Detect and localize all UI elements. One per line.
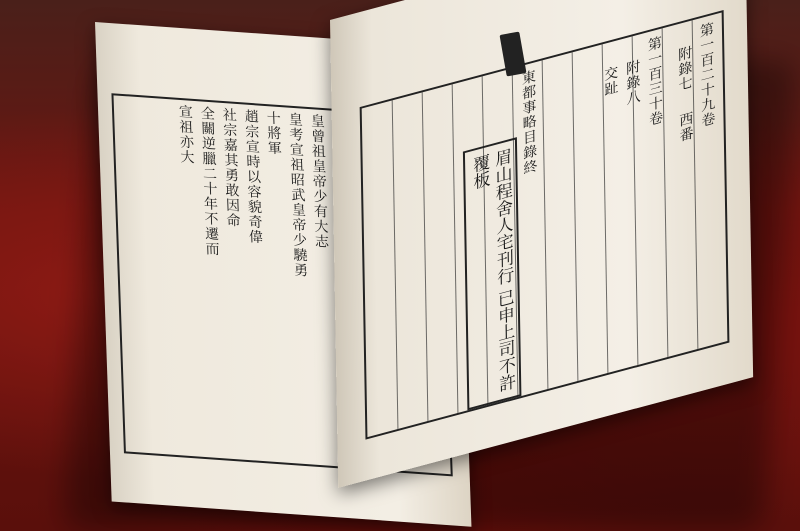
right-col-0: 第一百二十九卷 [698, 21, 716, 130]
right-col-5: 交趾 [602, 64, 619, 98]
left-col-9: 宣祖亦大 [177, 104, 195, 165]
right-col-3: 第一百三十卷 [646, 35, 664, 129]
right-page-frame: 第一百二十九卷 附錄七 西番 第一百三十卷 附錄八 交趾 東都事略目錄終 眉山程… [360, 10, 730, 440]
colophon-line-0: 眉山程舍人宅刊行 [491, 147, 513, 288]
right-col-4: 附錄八 [624, 58, 641, 107]
left-col-3: 皇曾祖皇帝少有大志 [309, 113, 330, 250]
left-col-7: 社宗嘉其勇敢因命 [221, 107, 241, 228]
colophon-seal: 眉山程舍人宅刊行 已申上司不許覆板 [463, 137, 522, 410]
left-col-8: 全關逆臘二十年不遷而 [199, 105, 220, 257]
left-col-4: 皇考宣祖昭武皇帝少驍勇 [287, 111, 309, 278]
right-col-1: 附錄七 [676, 44, 693, 93]
right-col-6: 東都事略目錄終 [520, 68, 538, 177]
left-col-6: 趙宗宣時以容貌奇偉 [243, 108, 264, 245]
left-col-5: 十將軍 [265, 110, 283, 156]
right-col-2: 西番 [677, 110, 694, 144]
